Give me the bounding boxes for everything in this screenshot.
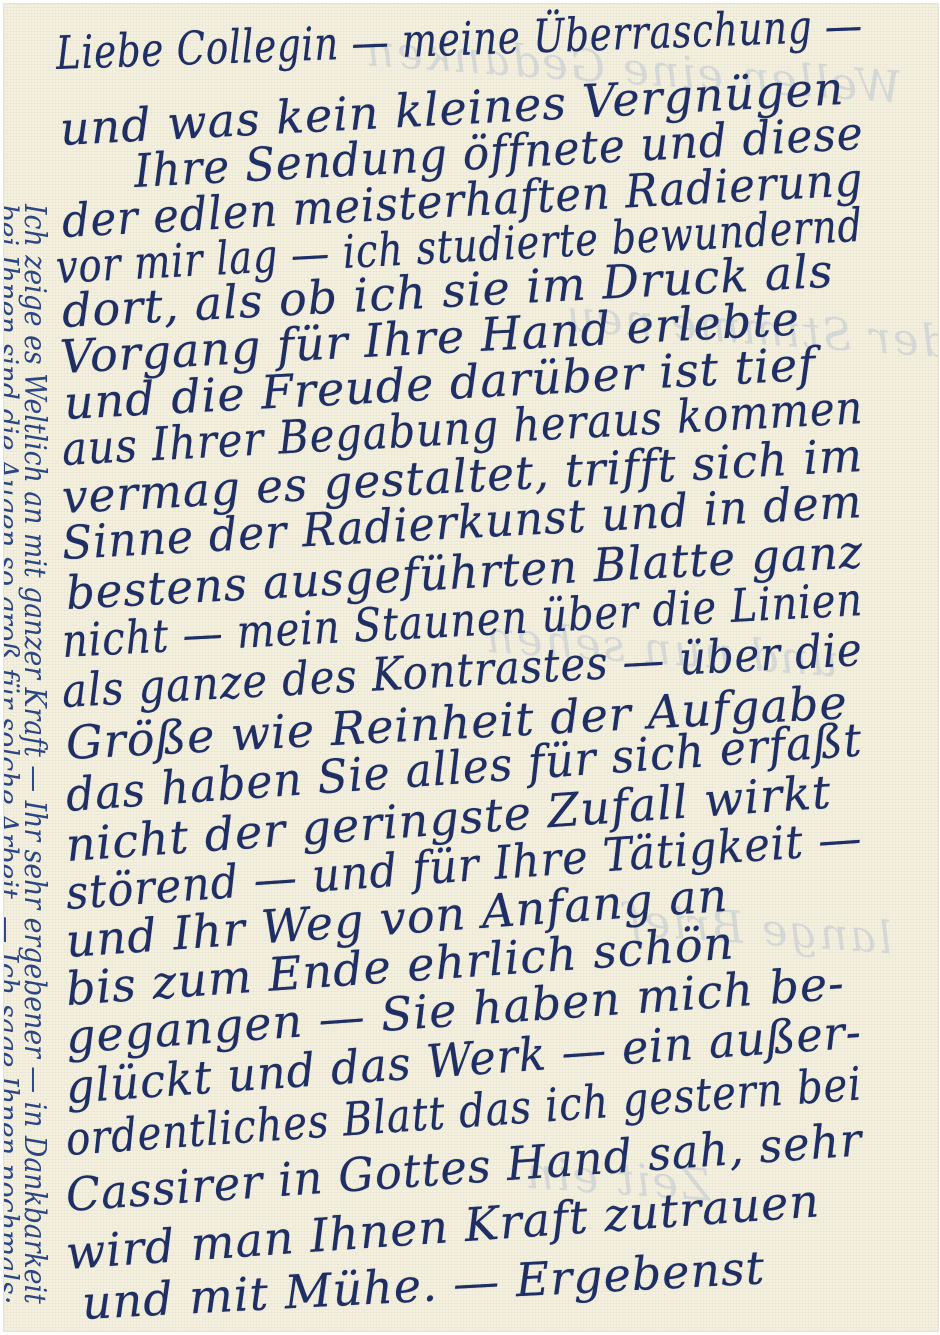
margin-note-line-2: bei Ihnen sind die Augen so groß für sol… xyxy=(4,204,24,1304)
letter-page: Wellen eine Gedanken der Stimme neu und … xyxy=(4,4,938,1331)
